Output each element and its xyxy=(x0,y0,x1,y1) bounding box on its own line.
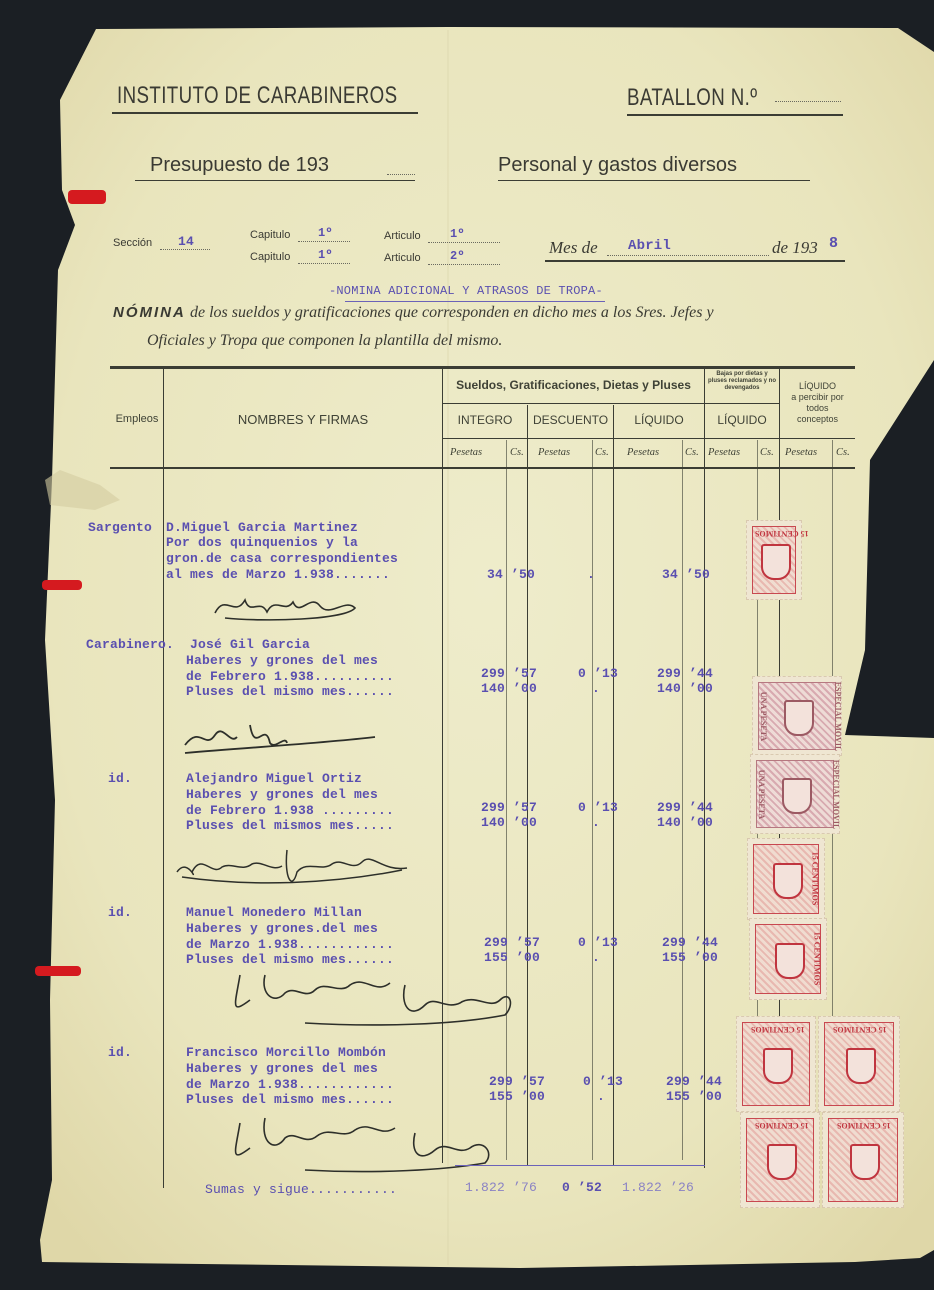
subject-label: Personal y gastos diversos xyxy=(498,154,737,177)
nomina-line1: de los sueldos y gratificaciones que cor… xyxy=(190,304,714,321)
row-descuento: . xyxy=(587,567,595,582)
totals-descuento: 0 ’52 xyxy=(562,1180,602,1195)
stamp-label: ESPECIAL MOVIL xyxy=(833,682,842,752)
row-line: Manuel Monedero Millan xyxy=(186,905,362,921)
binding-thread xyxy=(42,580,82,590)
header-cs: Cs. xyxy=(510,447,524,458)
mes-field-line xyxy=(607,255,769,256)
header-pesetas: Pesetas xyxy=(538,447,570,458)
row-line: Francisco Morcillo Mombón xyxy=(186,1045,386,1061)
row-integro: 155 ’00 xyxy=(484,950,540,965)
header-descuento: DESCUENTO xyxy=(528,413,613,427)
col-rule-liquido xyxy=(704,368,705,1168)
header-group-sueldos: Sueldos, Gratificaciones, Dietas y Pluse… xyxy=(443,378,704,392)
articulo-label-2: Articulo xyxy=(384,252,421,264)
row-line: Alejandro Miguel Ortiz xyxy=(186,771,362,787)
totals-integro: 1.822 ’76 xyxy=(465,1180,537,1195)
signature-pagador-2 xyxy=(225,1108,515,1183)
header-liquido-total-1: LÍQUIDO xyxy=(780,381,855,391)
table-header-bottom-rule xyxy=(110,467,855,469)
battalion-underline xyxy=(627,114,843,116)
capitulo-2-line xyxy=(298,263,350,264)
row-line: D.Miguel Garcia Martinez xyxy=(166,520,358,536)
capitulo-label-1: Capitulo xyxy=(250,229,290,241)
col-rule-descuento xyxy=(613,405,614,1165)
nomina-line2: Oficiales y Tropa que componen la planti… xyxy=(147,332,502,350)
row-line: de Febrero 1.938.......... xyxy=(186,669,394,685)
header-pesetas: Pesetas xyxy=(450,447,482,458)
subject-underline xyxy=(498,180,810,181)
row-line: Haberes y grones del mes xyxy=(186,1061,378,1077)
row-line: Pluses del mismos mes..... xyxy=(186,818,394,834)
row-line: Por dos quinquenios y la xyxy=(166,535,358,551)
row-liquido: 140 ’00 xyxy=(657,681,713,696)
pesetas-rule xyxy=(443,438,855,439)
revenue-stamp-una-peseta: UNA PESETA ESPECIAL MOVIL xyxy=(752,676,842,756)
mes-label: Mes de xyxy=(549,238,598,258)
row-descuento: . xyxy=(592,681,600,696)
stamp-label: 15 CENTIMOS xyxy=(833,1025,887,1034)
budget-underline xyxy=(135,180,415,181)
coat-of-arms-icon xyxy=(761,544,791,580)
battalion-field xyxy=(775,101,841,102)
table-top-rule xyxy=(110,366,855,369)
row-liquido: 155 ’00 xyxy=(662,950,718,965)
articulo-1-value: 1º xyxy=(450,227,465,241)
row-integro: 299 ’57 xyxy=(481,800,537,815)
row-descuento: 0 ’13 xyxy=(578,666,618,681)
nomina-typed-underline xyxy=(345,301,605,302)
header-nombres: NOMBRES Y FIRMAS xyxy=(165,412,441,427)
row-line: de Marzo 1.938............ xyxy=(186,1077,394,1093)
battalion-label: BATALLON N.º xyxy=(627,84,757,112)
stamp-label: UNA PESETA xyxy=(757,770,766,819)
row-integro: 140 ’00 xyxy=(481,681,537,696)
header-bajas-liquido: LÍQUIDO xyxy=(705,413,779,427)
row-liquido: 155 ’00 xyxy=(666,1089,722,1104)
seccion-label: Sección xyxy=(113,237,152,249)
row-line: Haberes y grones.del mes xyxy=(186,921,378,937)
signature-jose-gil xyxy=(175,715,385,765)
institute-underline xyxy=(112,112,418,114)
capitulo-label-2: Capitulo xyxy=(250,251,290,263)
stamp-label: 15 CENTIMOS xyxy=(812,932,821,986)
col-rule-nombres xyxy=(442,368,443,1163)
binding-thread xyxy=(68,190,106,204)
header-group-bajas: Bajas por dietas y pluses reclamados y n… xyxy=(706,371,778,392)
row-integro: 299 ’57 xyxy=(489,1074,545,1089)
binding-thread xyxy=(35,966,81,976)
nomina-lead: NÓMINA xyxy=(113,304,186,321)
row-descuento: 0 ’13 xyxy=(578,800,618,815)
articulo-2-value: 2º xyxy=(450,249,465,263)
coat-of-arms-icon xyxy=(767,1144,797,1180)
row-integro: 299 ’57 xyxy=(484,935,540,950)
row-line: de Marzo 1.938............ xyxy=(186,937,394,953)
row-empleo: Sargento xyxy=(88,520,152,536)
year-value: 8 xyxy=(829,235,838,252)
header-cs: Cs. xyxy=(595,447,609,458)
col-rule-integro xyxy=(527,405,528,1165)
stamp-label: 15 CENTIMOS xyxy=(751,1025,805,1034)
header-liquido-total-2: a percibir por xyxy=(780,392,855,402)
header-liquido-total-4: conceptos xyxy=(780,414,855,424)
row-liquido: 299 ’44 xyxy=(657,800,713,815)
capitulo-2-value: 1º xyxy=(318,248,333,262)
row-empleo: Carabinero. xyxy=(86,637,174,653)
row-integro: 140 ’00 xyxy=(481,815,537,830)
stamp-label: ESPECIAL MOVIL xyxy=(831,760,840,830)
stamp-label: 15 CENTIMOS xyxy=(810,852,819,906)
header-pesetas: Pesetas xyxy=(785,447,817,458)
institute-title: INSTITUTO DE CARABINEROS xyxy=(117,82,397,110)
budget-year-field xyxy=(387,174,415,175)
row-empleo: id. xyxy=(108,1045,132,1061)
articulo-label-1: Articulo xyxy=(384,230,421,242)
row-line: gron.de casa correspondientes xyxy=(166,551,398,567)
header-cs: Cs. xyxy=(685,447,699,458)
seccion-field-line xyxy=(160,249,210,250)
seccion-value: 14 xyxy=(178,234,194,249)
row-empleo: id. xyxy=(108,905,132,921)
stamp-label: 15 CENTIMOS xyxy=(755,529,809,538)
budget-label: Presupuesto de 193 xyxy=(150,154,329,177)
row-line: Pluses del mismo mes...... xyxy=(186,684,394,700)
revenue-stamp-15-centimos: 15 CENTIMOS xyxy=(818,1016,900,1112)
totals-rule xyxy=(455,1165,705,1166)
signature-pagador-1 xyxy=(225,965,525,1040)
coat-of-arms-icon xyxy=(782,778,812,814)
group-rule xyxy=(705,403,779,404)
row-line: Pluses del mismo mes...... xyxy=(186,1092,394,1108)
row-descuento: . xyxy=(592,815,600,830)
stamp-label: 15 CENTIMOS xyxy=(837,1121,891,1130)
row-integro: 155 ’00 xyxy=(489,1089,545,1104)
stamp-label: UNA PESETA xyxy=(759,692,768,741)
group-rule xyxy=(443,403,704,404)
row-line: de Febrero 1.938 ......... xyxy=(186,803,394,819)
coat-of-arms-icon xyxy=(850,1144,880,1180)
revenue-stamp-15-centimos: 15 CENTIMOS xyxy=(749,918,827,1000)
coat-of-arms-icon xyxy=(775,943,805,979)
coat-of-arms-icon xyxy=(763,1048,793,1084)
row-liquido: 299 ’44 xyxy=(666,1074,722,1089)
year-label: de 193 xyxy=(772,238,818,258)
row-liquido: 140 ’00 xyxy=(657,815,713,830)
revenue-stamp-una-peseta: UNA PESETA ESPECIAL MOVIL xyxy=(750,754,840,834)
coat-of-arms-icon xyxy=(784,700,814,736)
document-sheet: INSTITUTO DE CARABINEROS BATALLON N.º Pr… xyxy=(0,0,934,1290)
signature-alejandro-miguel xyxy=(172,842,412,897)
revenue-stamp-15-centimos: 15 CENTIMOS xyxy=(736,1016,816,1112)
row-empleo: id. xyxy=(108,771,132,787)
nomina-typed-title: -NOMINA ADICIONAL Y ATRASOS DE TROPA- xyxy=(329,284,603,298)
row-line: José Gil Garcia xyxy=(190,637,310,653)
row-liquido: 34 ’50 xyxy=(662,567,710,582)
row-liquido: 299 ’44 xyxy=(662,935,718,950)
row-liquido: 299 ’44 xyxy=(657,666,713,681)
articulo-2-line xyxy=(428,264,500,265)
signature-miguel-garcia xyxy=(205,588,365,628)
row-line: Haberes y grones del mes xyxy=(186,787,378,803)
capitulo-1-line xyxy=(298,241,350,242)
header-empleos: Empleos xyxy=(112,413,162,425)
totals-liquido: 1.822 ’26 xyxy=(622,1180,694,1195)
coat-of-arms-icon xyxy=(773,863,803,899)
header-pesetas: Pesetas xyxy=(627,447,659,458)
header-liquido: LÍQUIDO xyxy=(614,413,704,427)
header-liquido-total-3: todos xyxy=(780,403,855,413)
mes-value: Abril xyxy=(628,238,671,254)
nomina-text-line1: NÓMINA de los sueldos y gratificaciones … xyxy=(113,304,714,322)
row-line: Haberes y grones del mes xyxy=(186,653,378,669)
totals-label: Sumas y sigue........... xyxy=(205,1182,397,1198)
row-descuento: 0 ’13 xyxy=(578,935,618,950)
revenue-stamp-15-centimos: 15 CENTIMOS xyxy=(746,520,802,600)
row-descuento: 0 ’13 xyxy=(583,1074,623,1089)
row-integro: 34 ’50 xyxy=(487,567,535,582)
revenue-stamp-15-centimos: 15 CENTIMOS xyxy=(740,1112,820,1208)
articulo-1-line xyxy=(428,242,500,243)
col-rule-empleos xyxy=(163,368,164,1188)
capitulo-1-value: 1º xyxy=(318,226,333,240)
revenue-stamp-15-centimos: 15 CENTIMOS xyxy=(747,838,825,920)
row-line: al mes de Marzo 1.938....... xyxy=(166,567,390,583)
mes-underline xyxy=(545,260,845,262)
header-cs: Cs. xyxy=(836,447,850,458)
stamp-label: 15 CENTIMOS xyxy=(755,1121,809,1130)
header-integro: INTEGRO xyxy=(443,413,527,427)
row-integro: 299 ’57 xyxy=(481,666,537,681)
header-cs: Cs. xyxy=(760,447,774,458)
coat-of-arms-icon xyxy=(846,1048,876,1084)
row-descuento: . xyxy=(597,1089,605,1104)
row-descuento: . xyxy=(592,950,600,965)
revenue-stamp-15-centimos: 15 CENTIMOS xyxy=(822,1112,904,1208)
header-pesetas: Pesetas xyxy=(708,447,740,458)
